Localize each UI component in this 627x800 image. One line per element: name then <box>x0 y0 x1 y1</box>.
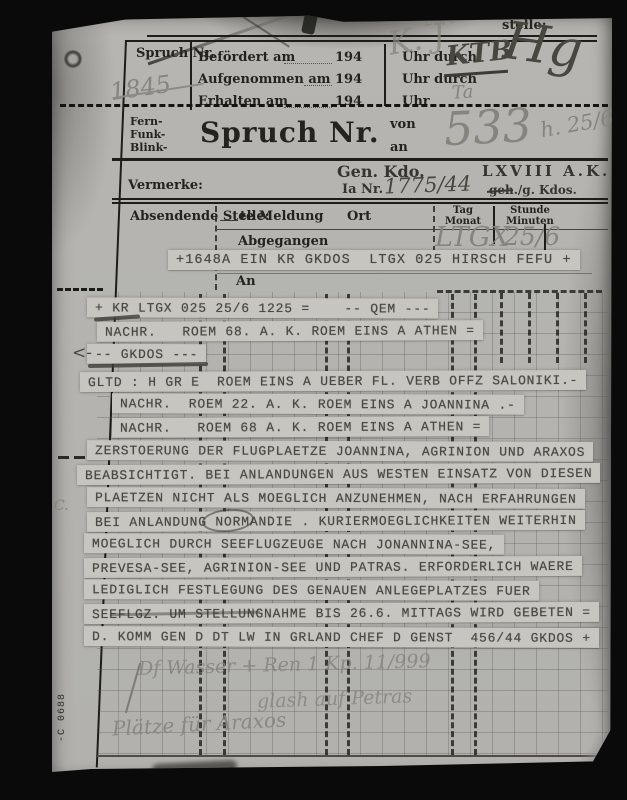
col-tag-header: Tag <box>433 205 493 216</box>
ia-nr-label: Ia Nr. <box>342 182 383 197</box>
message-line-11-text: MOEGLICH DURCH SEEFLUGZEUGE NACH JONANNI… <box>84 533 504 554</box>
grid-dashed-v10 <box>584 293 587 363</box>
mode-fern-label: Fern- <box>130 115 163 128</box>
header-bottom-rule <box>112 158 608 161</box>
scanned-telegram-page: stelle: Spruch Nr. 1845 Befördert am 194… <box>0 0 627 800</box>
col-stunde-header: Stunde <box>495 205 565 216</box>
double-rule-a <box>112 198 608 200</box>
grid-bottom-rule <box>97 755 608 757</box>
message-line-15: D. KOMM GEN D DT LW IN GRLAND CHEF D GEN… <box>84 626 599 647</box>
telegram-form-paper: stelle: Spruch Nr. 1845 Befördert am 194… <box>52 12 612 772</box>
pencil-spruch-date: h. 25/6 <box>538 106 615 142</box>
dashed-fragment-left <box>57 288 103 291</box>
message-line-12: PREVESA-SEE, AGRINION-SEE UND PATRAS. ER… <box>84 556 582 577</box>
pencil-tag-value: 25/6 <box>504 222 560 251</box>
message-line-3-text: -- GKDOS --- <box>87 344 206 364</box>
margin-dash-a <box>58 456 69 459</box>
message-line-6-text: NACHR. ROEM 68 A. K. ROEM EINS A ATHEN = <box>112 416 489 438</box>
vermerke-label: Vermerke: <box>128 178 203 193</box>
pencil-ia-number: 1775/44 <box>384 171 472 198</box>
pencil-signature: Hg <box>500 11 586 81</box>
row-aufgenommen-year: 194 <box>335 72 362 87</box>
message-line-5: NACHR. ROEM 22. A. K. ROEM EINS A JOANNI… <box>112 393 524 414</box>
message-line-13: LEDIGLICH FESTLEGUNG DES GENAUEN ANLEGEP… <box>84 579 539 600</box>
von-label: von <box>390 117 416 132</box>
stamp-corps: LXVIII A.K. <box>482 162 610 180</box>
double-rule-b <box>112 202 608 204</box>
pencil-margin-c-mark: C. <box>54 498 69 514</box>
message-line-6: NACHR. ROEM 68 A. K. ROEM EINS A ATHEN = <box>112 416 489 437</box>
dog-ear-corner <box>570 736 612 772</box>
message-line-9: PLAETZEN NICHT ALS MOEGLICH ANZUNEHMEN, … <box>87 487 585 508</box>
message-line-7: ZERSTOERUNG DER FLUGPLAETZE JOANNINA, AG… <box>87 440 593 461</box>
message-line-4: GLTD : H GR E ROEM EINS A UEBER FL. VERB… <box>80 370 586 391</box>
message-line-13-text: LEDIGLICH FESTLEGUNG DES GENAUEN ANLEGEP… <box>84 579 539 601</box>
margin-dash-b <box>74 456 85 459</box>
message-line-2: NACHR. ROEM 68. A. K. ROEM EINS A ATHEN … <box>97 320 483 341</box>
grid-dashed-v9 <box>556 293 559 363</box>
message-line-9-text: PLAETZEN NICHT ALS MOEGLICH ANZUNEHMEN, … <box>87 487 585 509</box>
message-line-10: BEI ANLANDUNG NORMANDIE . KURIERMOEGLICH… <box>87 510 585 531</box>
message-line-10-text: BEI ANLANDUNG NORMANDIE . KURIERMOEGLICH… <box>87 510 585 532</box>
an-label: an <box>390 140 408 155</box>
grid-dashed-v7 <box>500 293 503 363</box>
grid-dashed-v8 <box>528 293 531 363</box>
spruchnr-handwritten-value: 1845 <box>108 70 172 106</box>
row-befoerdert-leader <box>284 62 332 64</box>
pencil-gkdos-arrow: <- <box>72 343 92 363</box>
mode-blink-label: Blink- <box>130 141 167 154</box>
message-line-2-text: NACHR. ROEM 68. A. K. ROEM EINS A ATHEN … <box>97 320 483 342</box>
paperclip-mark <box>301 3 320 35</box>
message-line-7-text: ZERSTOERUNG DER FLUGPLAETZE JOANNINA, AG… <box>87 440 593 462</box>
row-aufgenommen-leader <box>304 84 332 86</box>
pencil-spruch-number: 533 <box>443 98 534 157</box>
message-line-15-text: D. KOMM GEN D DT LW IN GRLAND CHEF D GEN… <box>84 626 599 648</box>
message-line-4-text: GLTD : H GR E ROEM EINS A UEBER FL. VERB… <box>80 370 586 392</box>
grid-dashed-h-topright <box>437 290 602 293</box>
routing-underline <box>217 273 592 274</box>
mode-funk-label: Funk- <box>130 128 165 141</box>
punch-hole <box>64 50 82 68</box>
message-line-11: MOEGLICH DURCH SEEFLUGZEUGE NACH JONANNI… <box>84 533 504 554</box>
row-befoerdert-year: 194 <box>335 50 362 65</box>
message-line-5-text: NACHR. ROEM 22. A. K. ROEM EINS A JOANNI… <box>112 393 524 414</box>
col-meldung-header: te Meldung <box>240 209 323 224</box>
bottom-smudge <box>152 760 238 776</box>
row-befoerdert-label: Befördert am <box>198 50 295 65</box>
message-line-8: BEABSICHTIGT. BEI ANLANDUNGEN AUS WESTEN… <box>77 463 600 484</box>
routing-line-text: +1648A EIN KR GKDOS LTGX 025 HIRSCH FEFU… <box>168 250 580 270</box>
uhr-column-divider <box>384 44 386 106</box>
message-line-12-text: PREVESA-SEE, AGRINION-SEE UND PATRAS. ER… <box>84 556 582 578</box>
edge-code: -C 0688 <box>57 693 68 742</box>
spruch-title: Spruch Nr. <box>200 116 380 149</box>
message-line-8-text: BEABSICHTIGT. BEI ANLANDUNGEN AUS WESTEN… <box>77 463 601 485</box>
routing-strip: +1648A EIN KR GKDOS LTGX 025 HIRSCH FEFU… <box>168 248 580 270</box>
an-row-label: An <box>236 274 256 289</box>
col-ort-header: Ort <box>347 209 371 224</box>
meldung-leader <box>220 220 238 221</box>
message-line-3: -- GKDOS --- <box>87 343 206 364</box>
abgegangen-label: Abgegangen <box>238 234 328 249</box>
